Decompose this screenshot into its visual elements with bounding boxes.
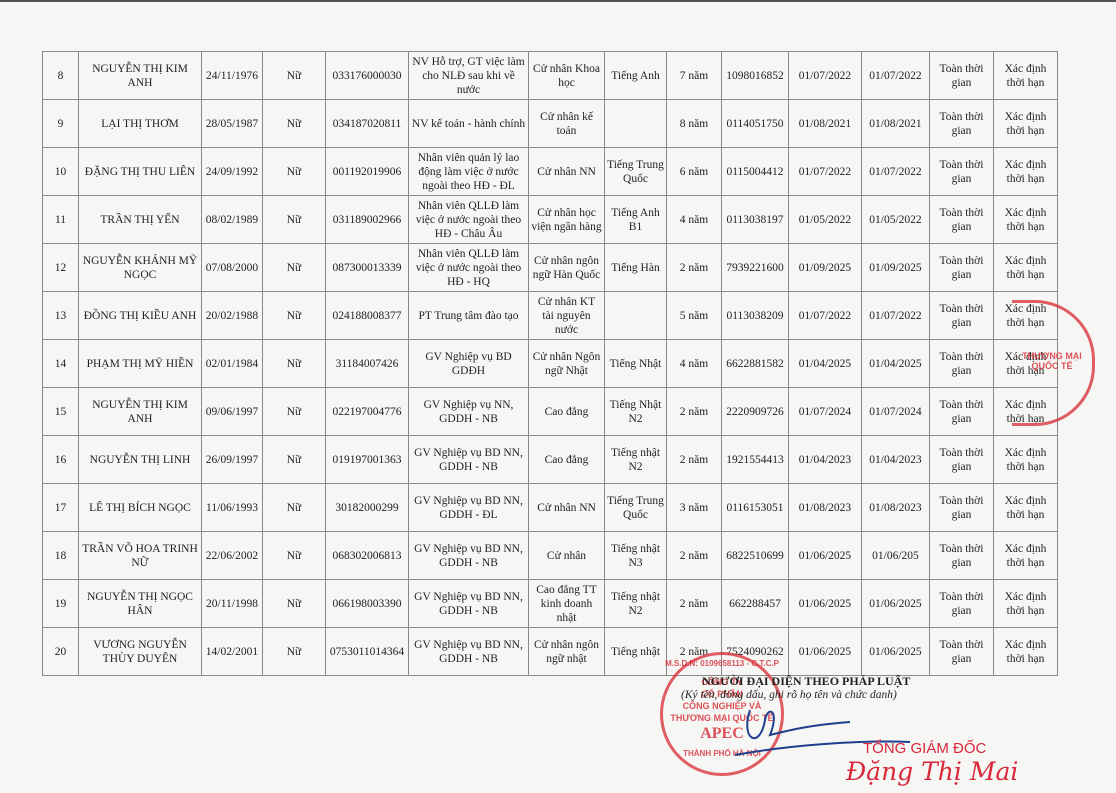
cell-education: Cử nhân học viện ngân hàng xyxy=(529,196,605,244)
cell-insurance-no: 6622881582 xyxy=(722,340,789,388)
cell-gender: Nữ xyxy=(263,292,326,340)
cell-position: NV kế toán - hành chính xyxy=(409,100,529,148)
cell-experience: 4 năm xyxy=(667,196,722,244)
cell-dob: 20/02/1988 xyxy=(202,292,263,340)
cell-dob: 28/05/1987 xyxy=(202,100,263,148)
cell-work-type: Toàn thời gian xyxy=(930,244,994,292)
cell-name: VƯƠNG NGUYỄN THÙY DUYÊN xyxy=(79,628,202,676)
table-row: 9LẠI THỊ THƠM28/05/1987Nữ034187020811NV … xyxy=(43,100,1058,148)
cell-contract-date: 01/04/2025 xyxy=(862,340,930,388)
cell-insurance-no: 662288457 xyxy=(722,580,789,628)
cell-name: ĐẶNG THỊ THU LIÊN xyxy=(79,148,202,196)
cell-gender: Nữ xyxy=(263,196,326,244)
cell-gender: Nữ xyxy=(263,340,326,388)
cell-gender: Nữ xyxy=(263,628,326,676)
table-row: 20VƯƠNG NGUYỄN THÙY DUYÊN14/02/2001Nữ075… xyxy=(43,628,1058,676)
cell-work-type: Toàn thời gian xyxy=(930,628,994,676)
cell-contract-type: Xác định thời hạn xyxy=(994,484,1058,532)
cell-work-type: Toàn thời gian xyxy=(930,292,994,340)
cell-education: Cử nhân Ngôn ngữ Nhật xyxy=(529,340,605,388)
cell-contract-date: 01/07/2022 xyxy=(862,148,930,196)
cell-contract-date: 01/06/2025 xyxy=(862,580,930,628)
cell-no: 17 xyxy=(43,484,79,532)
cell-gender: Nữ xyxy=(263,100,326,148)
cell-work-type: Toàn thời gian xyxy=(930,148,994,196)
cell-gender: Nữ xyxy=(263,244,326,292)
cell-dob: 22/06/2002 xyxy=(202,532,263,580)
staff-table: 8NGUYỄN THỊ KIM ANH24/11/1976Nữ033176000… xyxy=(42,51,1058,676)
cell-dob: 09/06/1997 xyxy=(202,388,263,436)
cell-education: Cao đẳng TT kinh doanh nhật xyxy=(529,580,605,628)
cell-language: Tiếng Anh xyxy=(605,52,667,100)
cell-education: Cao đẳng xyxy=(529,436,605,484)
cell-insurance-no: 0116153051 xyxy=(722,484,789,532)
cell-no: 12 xyxy=(43,244,79,292)
cell-insurance-no: 2220909726 xyxy=(722,388,789,436)
cell-gender: Nữ xyxy=(263,52,326,100)
cell-id-number: 31184007426 xyxy=(326,340,409,388)
cell-education: Cao đẳng xyxy=(529,388,605,436)
cell-no: 8 xyxy=(43,52,79,100)
table-row: 18TRẦN VÕ HOA TRINH NỮ22/06/2002Nữ068302… xyxy=(43,532,1058,580)
cell-work-type: Toàn thời gian xyxy=(930,436,994,484)
cell-experience: 3 năm xyxy=(667,484,722,532)
cell-position: GV Nghiệp vụ BD NN, GDDH - NB xyxy=(409,532,529,580)
cell-name: TRẦN THỊ YẾN xyxy=(79,196,202,244)
table-row: 11TRẦN THỊ YẾN08/02/1989Nữ031189002966Nh… xyxy=(43,196,1058,244)
cell-work-type: Toàn thời gian xyxy=(930,100,994,148)
cell-dob: 26/09/1997 xyxy=(202,436,263,484)
table-row: 14PHẠM THỊ MỸ HIỀN02/01/1984Nữ3118400742… xyxy=(43,340,1058,388)
cell-no: 9 xyxy=(43,100,79,148)
cell-education: Cử nhân Khoa học xyxy=(529,52,605,100)
cell-insurance-no: 7939221600 xyxy=(722,244,789,292)
cell-language: Tiếng nhật N2 xyxy=(605,436,667,484)
cell-work-type: Toàn thời gian xyxy=(930,580,994,628)
cell-name: NGUYỄN THỊ LINH xyxy=(79,436,202,484)
cell-start-date: 01/09/2025 xyxy=(789,244,862,292)
cell-position: GV Nghiệp vụ BD NN, GDDH - ĐL xyxy=(409,484,529,532)
cell-id-number: 068302006813 xyxy=(326,532,409,580)
stamp-partial-text: THƯƠNG MẠI QUỐC TẾ xyxy=(1012,351,1092,371)
cell-insurance-no: 0115004412 xyxy=(722,148,789,196)
cell-language: Tiếng Anh B1 xyxy=(605,196,667,244)
signature-title: NGƯỜI ĐẠI DIỆN THEO PHÁP LUẬT xyxy=(702,674,910,689)
cell-contract-type: Xác định thời hạn xyxy=(994,148,1058,196)
cell-position: GV Nghiệp vụ BD GDĐH xyxy=(409,340,529,388)
cell-contract-type: Xác định thời hạn xyxy=(994,436,1058,484)
cell-start-date: 01/04/2025 xyxy=(789,340,862,388)
cell-no: 10 xyxy=(43,148,79,196)
cell-dob: 14/02/2001 xyxy=(202,628,263,676)
cell-id-number: 0753011014364 xyxy=(326,628,409,676)
table-row: 13ĐỒNG THỊ KIỀU ANH20/02/1988Nữ024188008… xyxy=(43,292,1058,340)
cell-gender: Nữ xyxy=(263,436,326,484)
cell-contract-type: Xác định thời hạn xyxy=(994,628,1058,676)
cell-gender: Nữ xyxy=(263,580,326,628)
cell-start-date: 01/05/2022 xyxy=(789,196,862,244)
cell-language: Tiếng nhật N3 xyxy=(605,532,667,580)
cell-start-date: 01/08/2021 xyxy=(789,100,862,148)
cell-dob: 02/01/1984 xyxy=(202,340,263,388)
table-row: 17LÊ THỊ BÍCH NGỌC11/06/1993Nữ3018200029… xyxy=(43,484,1058,532)
cell-contract-type: Xác định thời hạn xyxy=(994,100,1058,148)
cell-work-type: Toàn thời gian xyxy=(930,532,994,580)
cell-start-date: 01/06/2025 xyxy=(789,580,862,628)
cell-no: 20 xyxy=(43,628,79,676)
cell-id-number: 066198003390 xyxy=(326,580,409,628)
cell-language: Tiếng Trung Quốc xyxy=(605,484,667,532)
cell-experience: 2 năm xyxy=(667,580,722,628)
cell-education: Cử nhân ngôn ngữ Hàn Quốc xyxy=(529,244,605,292)
cell-gender: Nữ xyxy=(263,532,326,580)
cell-start-date: 01/07/2022 xyxy=(789,52,862,100)
cell-start-date: 01/06/2025 xyxy=(789,532,862,580)
cell-language: Tiếng Hàn xyxy=(605,244,667,292)
cell-work-type: Toàn thời gian xyxy=(930,52,994,100)
cell-dob: 08/02/1989 xyxy=(202,196,263,244)
cell-insurance-no: 0113038209 xyxy=(722,292,789,340)
table-row: 15NGUYỄN THỊ KIM ANH09/06/1997Nữ02219700… xyxy=(43,388,1058,436)
cell-position: Nhân viên quản lý lao động làm việc ở nư… xyxy=(409,148,529,196)
cell-start-date: 01/06/2025 xyxy=(789,628,862,676)
cell-contract-date: 01/07/2022 xyxy=(862,292,930,340)
signer-name: Đặng Thị Mai xyxy=(846,757,1018,786)
cell-experience: 5 năm xyxy=(667,292,722,340)
cell-contract-date: 01/08/2021 xyxy=(862,100,930,148)
table-row: 16NGUYỄN THỊ LINH26/09/1997Nữ01919700136… xyxy=(43,436,1058,484)
stamp-partial: THƯƠNG MẠI QUỐC TẾ xyxy=(1012,300,1095,426)
cell-position: PT Trung tâm đào tạo xyxy=(409,292,529,340)
cell-gender: Nữ xyxy=(263,484,326,532)
cell-experience: 7 năm xyxy=(667,52,722,100)
cell-id-number: 30182000299 xyxy=(326,484,409,532)
cell-language: Tiếng Nhật xyxy=(605,340,667,388)
cell-name: ĐỒNG THỊ KIỀU ANH xyxy=(79,292,202,340)
cell-contract-date: 01/06/205 xyxy=(862,532,930,580)
cell-start-date: 01/07/2022 xyxy=(789,148,862,196)
cell-start-date: 01/04/2023 xyxy=(789,436,862,484)
cell-no: 16 xyxy=(43,436,79,484)
cell-position: GV Nghiệp vụ BD NN, GDDH - NB xyxy=(409,580,529,628)
cell-experience: 2 năm xyxy=(667,532,722,580)
cell-position: NV Hỗ trợ, GT việc làm cho NLĐ sau khi v… xyxy=(409,52,529,100)
cell-name: LẠI THỊ THƠM xyxy=(79,100,202,148)
cell-contract-type: Xác định thời hạn xyxy=(994,244,1058,292)
cell-no: 11 xyxy=(43,196,79,244)
cell-language: Tiếng Trung Quốc xyxy=(605,148,667,196)
cell-position: Nhân viên QLLĐ làm việc ở nước ngoài the… xyxy=(409,196,529,244)
cell-id-number: 087300013339 xyxy=(326,244,409,292)
cell-insurance-no: 1921554413 xyxy=(722,436,789,484)
cell-id-number: 001192019906 xyxy=(326,148,409,196)
cell-contract-type: Xác định thời hạn xyxy=(994,580,1058,628)
cell-contract-date: 01/07/2024 xyxy=(862,388,930,436)
cell-education: Cử nhân NN xyxy=(529,148,605,196)
cell-insurance-no: 6822510699 xyxy=(722,532,789,580)
cell-name: NGUYỄN KHÁNH MỸ NGỌC xyxy=(79,244,202,292)
cell-name: PHẠM THỊ MỸ HIỀN xyxy=(79,340,202,388)
cell-work-type: Toàn thời gian xyxy=(930,388,994,436)
cell-contract-date: 01/06/2025 xyxy=(862,628,930,676)
table-row: 12NGUYỄN KHÁNH MỸ NGỌC07/08/2000Nữ087300… xyxy=(43,244,1058,292)
cell-language: Tiếng nhật N2 xyxy=(605,580,667,628)
cell-dob: 11/06/1993 xyxy=(202,484,263,532)
cell-start-date: 01/07/2024 xyxy=(789,388,862,436)
table-row: 19NGUYỄN THỊ NGỌC HÂN20/11/1998Nữ0661980… xyxy=(43,580,1058,628)
cell-contract-type: Xác định thời hạn xyxy=(994,532,1058,580)
cell-position: GV Nghiệp vụ BD NN, GDDH - NB xyxy=(409,436,529,484)
cell-experience: 2 năm xyxy=(667,244,722,292)
cell-id-number: 024188008377 xyxy=(326,292,409,340)
cell-name: NGUYỄN THỊ NGỌC HÂN xyxy=(79,580,202,628)
cell-contract-type: Xác định thời hạn xyxy=(994,52,1058,100)
cell-work-type: Toàn thời gian xyxy=(930,340,994,388)
cell-insurance-no: 1098016852 xyxy=(722,52,789,100)
cell-start-date: 01/08/2023 xyxy=(789,484,862,532)
table-row: 10ĐẶNG THỊ THU LIÊN24/09/1992Nữ001192019… xyxy=(43,148,1058,196)
cell-contract-date: 01/09/2025 xyxy=(862,244,930,292)
scan-edge xyxy=(0,0,1116,2)
cell-dob: 24/09/1992 xyxy=(202,148,263,196)
cell-experience: 2 năm xyxy=(667,388,722,436)
cell-name: TRẦN VÕ HOA TRINH NỮ xyxy=(79,532,202,580)
cell-id-number: 031189002966 xyxy=(326,196,409,244)
cell-id-number: 022197004776 xyxy=(326,388,409,436)
cell-insurance-no: 0114051750 xyxy=(722,100,789,148)
cell-education: Cử nhân NN xyxy=(529,484,605,532)
cell-education: Cử nhân kế toán xyxy=(529,100,605,148)
cell-id-number: 019197001363 xyxy=(326,436,409,484)
cell-position: Nhân viên QLLĐ làm việc ở nước ngoài the… xyxy=(409,244,529,292)
cell-contract-date: 01/04/2023 xyxy=(862,436,930,484)
table-row: 8NGUYỄN THỊ KIM ANH24/11/1976Nữ033176000… xyxy=(43,52,1058,100)
cell-contract-date: 01/05/2022 xyxy=(862,196,930,244)
cell-contract-date: 01/08/2023 xyxy=(862,484,930,532)
cell-id-number: 034187020811 xyxy=(326,100,409,148)
cell-no: 19 xyxy=(43,580,79,628)
cell-no: 18 xyxy=(43,532,79,580)
stamp-code: M.S.D.N: 0109658113 - C.T.C.P xyxy=(663,659,781,668)
cell-no: 14 xyxy=(43,340,79,388)
cell-gender: Nữ xyxy=(263,148,326,196)
cell-dob: 24/11/1976 xyxy=(202,52,263,100)
cell-experience: 8 năm xyxy=(667,100,722,148)
cell-language xyxy=(605,100,667,148)
cell-id-number: 033176000030 xyxy=(326,52,409,100)
cell-contract-type: Xác định thời hạn xyxy=(994,196,1058,244)
cell-no: 15 xyxy=(43,388,79,436)
cell-name: LÊ THỊ BÍCH NGỌC xyxy=(79,484,202,532)
cell-no: 13 xyxy=(43,292,79,340)
cell-language: Tiếng Nhật N2 xyxy=(605,388,667,436)
cell-work-type: Toàn thời gian xyxy=(930,196,994,244)
cell-experience: 2 năm xyxy=(667,436,722,484)
cell-language xyxy=(605,292,667,340)
cell-name: NGUYỄN THỊ KIM ANH xyxy=(79,388,202,436)
cell-experience: 4 năm xyxy=(667,340,722,388)
cell-name: NGUYỄN THỊ KIM ANH xyxy=(79,52,202,100)
cell-education: Cử nhân xyxy=(529,532,605,580)
cell-language: Tiếng nhật xyxy=(605,628,667,676)
cell-education: Cử nhân KT tài nguyên nước xyxy=(529,292,605,340)
cell-experience: 6 năm xyxy=(667,148,722,196)
cell-insurance-no: 0113038197 xyxy=(722,196,789,244)
cell-dob: 07/08/2000 xyxy=(202,244,263,292)
cell-contract-date: 01/07/2022 xyxy=(862,52,930,100)
cell-gender: Nữ xyxy=(263,388,326,436)
cell-start-date: 01/07/2022 xyxy=(789,292,862,340)
signer-role: TỔNG GIÁM ĐỐC xyxy=(863,740,986,757)
cell-education: Cử nhân ngôn ngữ nhật xyxy=(529,628,605,676)
cell-dob: 20/11/1998 xyxy=(202,580,263,628)
cell-position: GV Nghiệp vụ NN, GDDH - NB xyxy=(409,388,529,436)
cell-work-type: Toàn thời gian xyxy=(930,484,994,532)
cell-position: GV Nghiệp vụ BD NN, GDDH - NB xyxy=(409,628,529,676)
